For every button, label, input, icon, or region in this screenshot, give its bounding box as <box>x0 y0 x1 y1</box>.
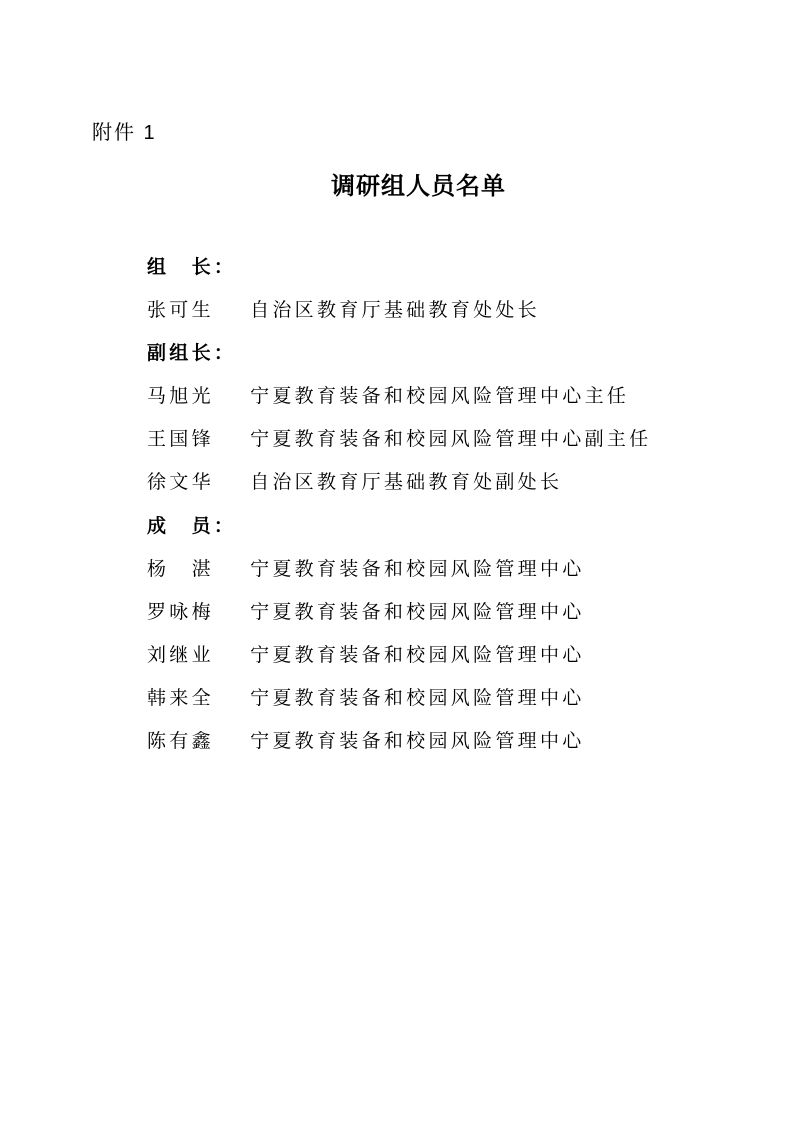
member-name: 徐文华 <box>147 461 214 504</box>
role-heading-leader: 组 长： <box>147 246 651 289</box>
member-position: 自治区教育厅基础教育处副处长 <box>250 461 562 504</box>
member-position: 宁夏教育装备和校园风险管理中心副主任 <box>250 418 651 461</box>
member-row: 韩来全 宁夏教育装备和校园风险管理中心 <box>147 677 651 720</box>
member-row: 刘继业 宁夏教育装备和校园风险管理中心 <box>147 634 651 677</box>
member-name: 张可生 <box>147 289 214 332</box>
member-position: 宁夏教育装备和校园风险管理中心 <box>250 634 585 677</box>
member-row: 王国锋 宁夏教育装备和校园风险管理中心副主任 <box>147 418 651 461</box>
member-position: 宁夏教育装备和校园风险管理中心 <box>250 548 585 591</box>
member-name: 杨 湛 <box>147 548 214 591</box>
member-row: 徐文华 自治区教育厅基础教育处副处长 <box>147 461 651 504</box>
personnel-list: 组 长： 张可生 自治区教育厅基础教育处处长 副组长： 马旭光 宁夏教育装备和校… <box>147 246 651 763</box>
role-heading-deputy-leader: 副组长： <box>147 332 651 375</box>
role-heading-members: 成 员： <box>147 505 651 548</box>
document-title: 调研组人员名单 <box>0 166 793 201</box>
attachment-label: 附件 1 <box>92 116 157 145</box>
member-name: 刘继业 <box>147 634 214 677</box>
member-name: 马旭光 <box>147 375 214 418</box>
member-name: 韩来全 <box>147 677 214 720</box>
member-row: 罗咏梅 宁夏教育装备和校园风险管理中心 <box>147 591 651 634</box>
member-row: 陈有鑫 宁夏教育装备和校园风险管理中心 <box>147 720 651 763</box>
member-position: 宁夏教育装备和校园风险管理中心 <box>250 591 585 634</box>
member-row: 张可生 自治区教育厅基础教育处处长 <box>147 289 651 332</box>
member-position: 自治区教育厅基础教育处处长 <box>250 289 540 332</box>
member-name: 罗咏梅 <box>147 591 214 634</box>
member-position: 宁夏教育装备和校园风险管理中心 <box>250 677 585 720</box>
member-row: 杨 湛 宁夏教育装备和校园风险管理中心 <box>147 548 651 591</box>
member-name: 陈有鑫 <box>147 720 214 763</box>
member-row: 马旭光 宁夏教育装备和校园风险管理中心主任 <box>147 375 651 418</box>
document-page: 附件 1 调研组人员名单 组 长： 张可生 自治区教育厅基础教育处处长 副组长：… <box>0 0 793 1122</box>
member-name: 王国锋 <box>147 418 214 461</box>
member-position: 宁夏教育装备和校园风险管理中心 <box>250 720 585 763</box>
member-position: 宁夏教育装备和校园风险管理中心主任 <box>250 375 629 418</box>
